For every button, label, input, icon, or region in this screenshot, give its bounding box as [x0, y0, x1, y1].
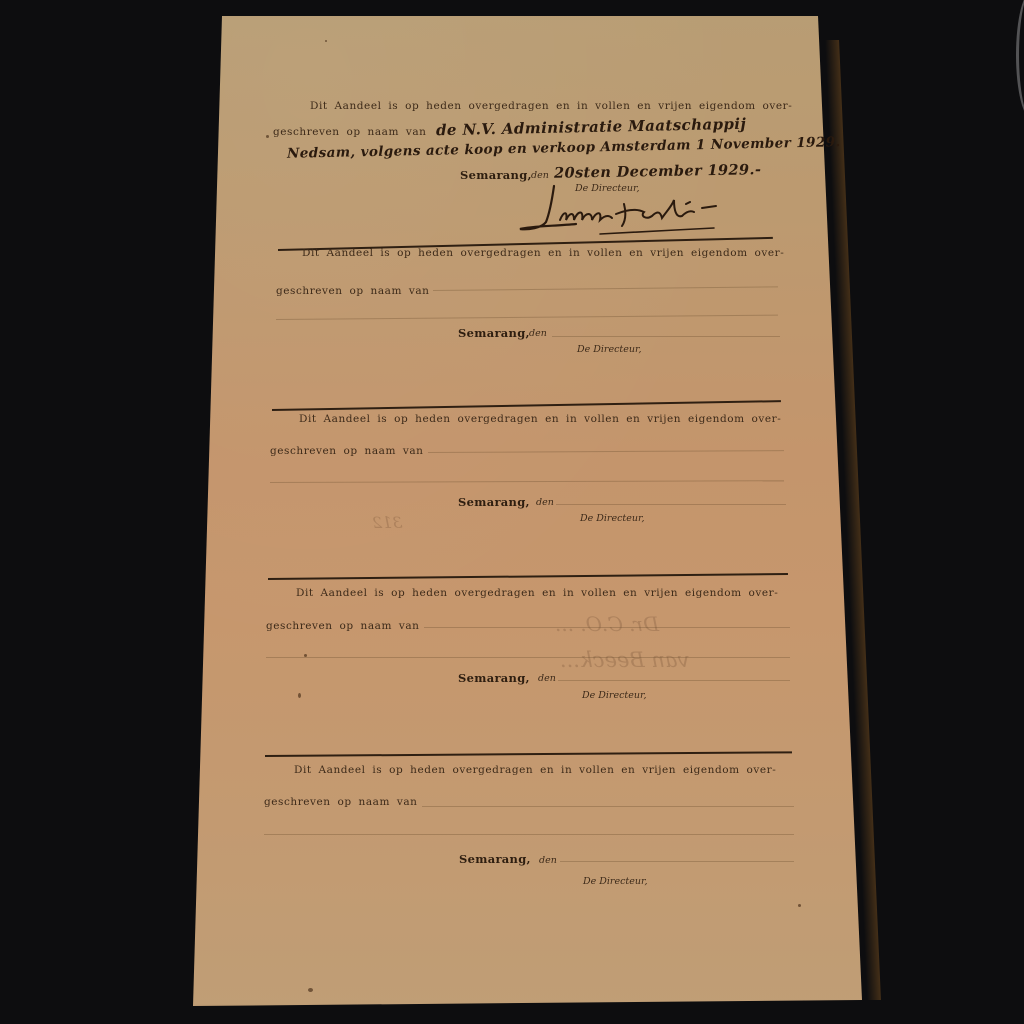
transfer-to-label: geschreven op naam van	[273, 126, 426, 138]
director-signature	[516, 182, 786, 238]
transfer-statement: Dit Aandeel is op heden overgedragen en …	[310, 100, 792, 112]
handwritten-date: 20sten December 1929.-	[554, 161, 762, 182]
transfer-to-label: geschreven op naam van	[264, 796, 417, 808]
director-label: De Directeur,	[580, 513, 644, 524]
background-object-edge	[1016, 0, 1024, 120]
date-label: den	[539, 855, 557, 866]
place-label: Semarang,	[458, 671, 530, 685]
director-label: De Directeur,	[577, 344, 641, 355]
ink-speck	[266, 135, 269, 138]
transfer-to-label: geschreven op naam van	[266, 620, 419, 632]
director-label: De Directeur,	[583, 876, 647, 887]
bleed-through-text: Dr. C.O. ...	[555, 612, 659, 636]
ink-speck	[298, 693, 301, 698]
transfer-to-label: geschreven op naam van	[270, 445, 423, 457]
date-label: den	[538, 673, 556, 684]
date-fill-line	[556, 504, 786, 505]
place-label: Semarang,	[458, 495, 530, 509]
bleed-through-text: van Beeck...	[560, 648, 689, 672]
paper-blemish	[308, 988, 313, 992]
date-fill-line	[560, 861, 794, 862]
transfer-to-label: geschreven op naam van	[276, 285, 429, 297]
transfer-statement: Dit Aandeel is op heden overgedragen en …	[294, 764, 776, 776]
paper-blemish	[798, 904, 801, 907]
date-label: den	[536, 497, 554, 508]
photo-stage: 312 Dr. C.O. ... van Beeck... Dit Aandee…	[0, 0, 1024, 1024]
place-label: Semarang,	[460, 168, 532, 182]
ink-speck	[304, 654, 307, 657]
place-label: Semarang,	[458, 326, 530, 340]
date-label: den	[531, 170, 549, 181]
date-label: den	[529, 328, 547, 339]
transfer-statement: Dit Aandeel is op heden overgedragen en …	[296, 587, 778, 599]
date-fill-line	[552, 336, 780, 337]
transfer-statement: Dit Aandeel is op heden overgedragen en …	[299, 413, 781, 425]
name-fill-line	[264, 834, 794, 835]
name-fill-line	[422, 806, 794, 807]
director-label: De Directeur,	[582, 690, 646, 701]
transfer-statement: Dit Aandeel is op heden overgedragen en …	[302, 247, 784, 259]
paper-blemish	[325, 40, 327, 42]
place-label: Semarang,	[459, 852, 531, 866]
name-fill-line	[266, 657, 790, 658]
date-fill-line	[558, 680, 790, 681]
name-fill-line	[424, 627, 790, 628]
bleed-through-text: 312	[372, 513, 403, 532]
